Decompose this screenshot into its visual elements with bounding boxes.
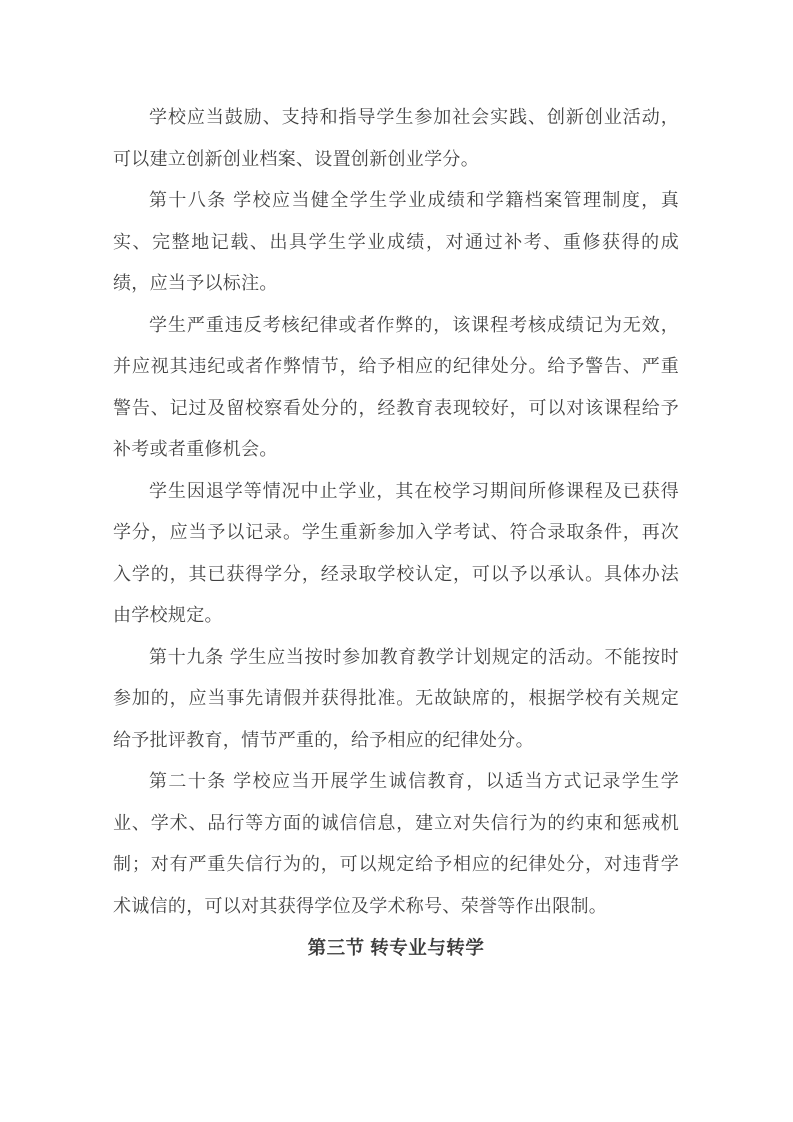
paragraph: 第十八条 学校应当健全学生学业成绩和学籍档案管理制度，真实、完整地记载、出具学生…	[113, 180, 679, 305]
paragraph: 学校应当鼓励、支持和指导学生参加社会实践、创新创业活动，可以建立创新创业档案、设…	[113, 97, 679, 180]
document-page: 学校应当鼓励、支持和指导学生参加社会实践、创新创业活动，可以建立创新创业档案、设…	[0, 0, 793, 1122]
section-heading: 第三节 转专业与转学	[113, 927, 679, 969]
paragraph: 第二十条 学校应当开展学生诚信教育，以适当方式记录学生学业、学术、品行等方面的诚…	[113, 761, 679, 927]
document-body: 学校应当鼓励、支持和指导学生参加社会实践、创新创业活动，可以建立创新创业档案、设…	[113, 97, 679, 969]
paragraph: 学生因退学等情况中止学业，其在校学习期间所修课程及已获得学分，应当予以记录。学生…	[113, 471, 679, 637]
paragraph: 第十九条 学生应当按时参加教育教学计划规定的活动。不能按时参加的，应当事先请假并…	[113, 637, 679, 762]
paragraph: 学生严重违反考核纪律或者作弊的，该课程考核成绩记为无效，并应视其违纪或者作弊情节…	[113, 305, 679, 471]
